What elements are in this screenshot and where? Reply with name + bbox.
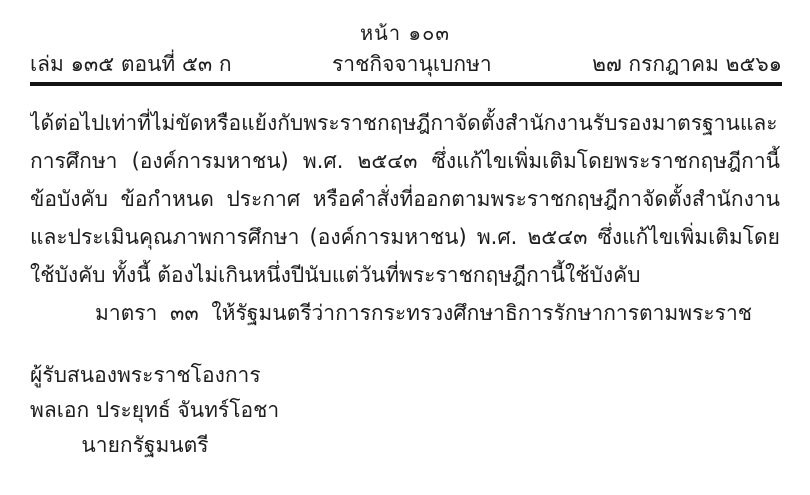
- body-line: ข้อบังคับ ข้อกำหนด ประกาศ หรือคำสั่งที่อ…: [30, 180, 780, 218]
- header-divider-rule: [30, 82, 782, 86]
- signer-name: พลเอก ประยุทธ์ จันทร์โอชา: [30, 393, 260, 428]
- gazette-title: ราชกิจจานุเบกษา: [332, 48, 492, 80]
- signer-title: นายกรัฐมนตรี: [30, 428, 260, 463]
- countersign-label: ผู้รับสนองพระราชโองการ: [30, 358, 260, 393]
- section-33-line: มาตรา ๓๓ ให้รัฐมนตรีว่าการกระทรวงศึกษาธิ…: [30, 294, 780, 332]
- countersignature-block: ผู้รับสนองพระราชโองการ พลเอก ประยุทธ์ จั…: [30, 358, 260, 463]
- body-line: ใช้บังคับ ทั้งนี้ ต้องไม่เกินหนึ่งปีนับแ…: [30, 256, 780, 294]
- body-line: การศึกษา (องค์การมหาชน) พ.ศ. ๒๕๔๓ ซึ่งแก…: [30, 142, 780, 180]
- gazette-header-row: เล่ม ๑๓๕ ตอนที่ ๕๓ ก ราชกิจจานุเบกษา ๒๗ …: [30, 48, 782, 80]
- body-line: และประเมินคุณภาพการศึกษา (องค์การมหาชน) …: [30, 218, 780, 256]
- document-body: ได้ต่อไปเท่าที่ไม่ขัดหรือแย้งกับพระราชกฤ…: [30, 104, 780, 332]
- page-number: หน้า ๑๐๓: [30, 18, 780, 48]
- volume-issue-label: เล่ม ๑๓๕ ตอนที่ ๕๓ ก: [30, 48, 232, 80]
- body-line: ได้ต่อไปเท่าที่ไม่ขัดหรือแย้งกับพระราชกฤ…: [30, 104, 780, 142]
- gazette-page: หน้า ๑๐๓ เล่ม ๑๓๕ ตอนที่ ๕๓ ก ราชกิจจานุ…: [0, 0, 810, 495]
- publication-date: ๒๗ กรกฎาคม ๒๕๖๑: [592, 48, 782, 80]
